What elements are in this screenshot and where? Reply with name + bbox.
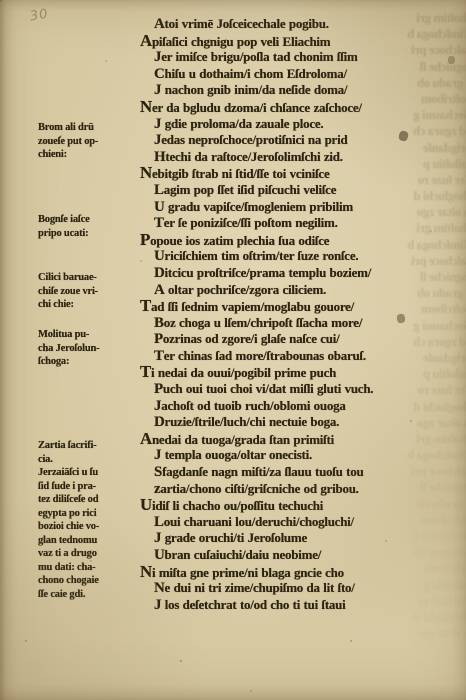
poem-line: Ne dui ni tri zime/chupiſmo da lit ſto/ (140, 580, 456, 597)
margin-note-line: cha Jeroſolun- (38, 342, 140, 356)
poem-line: Sfagdanſe nagn miſti/za ſlauu tuoſu tou (140, 464, 456, 481)
margin-note-line: cia. (38, 453, 140, 467)
margin-notes-column: Brom ali drūzoueſe put op-chieni:Bognſe … (0, 0, 140, 700)
margin-note-line: chi chie: (38, 298, 140, 312)
poem-line: Ter ſe poniziſce/ſſi poſtom negilim. (140, 215, 456, 232)
poem-line: Ti nedai da ouui/pogibil prime puch (140, 364, 456, 381)
poem-line: U gradu vapiſce/ſmogleniem pribilim (140, 199, 456, 216)
poem-line: A oltar pochriſce/zgora ciliciem. (140, 282, 456, 299)
poem-line: Jachoſt od tuoib ruch/oblomi ouoga (140, 398, 456, 415)
margin-note: Cilici baruae-chiſe zoue vri-chi chie: (38, 271, 140, 312)
margin-note: Molitua pu-cha Jeroſolun-ſchoga: (38, 328, 140, 369)
poem-line: J gdie proloma/da zauale ploce. (140, 116, 456, 133)
margin-note: Zartia ſacrifi-cia.Jerzaiāſci u ſuſid ſu… (38, 439, 140, 601)
poem-line: Tad ſſi ſednim vapiem/moglabu gouore/ (140, 298, 456, 315)
margin-note-line: chono chogaie (38, 574, 140, 588)
margin-note-line: egypta po rici (38, 507, 140, 521)
margin-note-line: ſſe caie gdi. (38, 588, 140, 602)
poem-line: zartia/chono ciſti/griſcniche od gribou. (140, 481, 456, 498)
poem-line: Ubran cuſaiuchi/daiu neobime/ (140, 547, 456, 564)
poem-line: Atoi vrimē Joſceicechale pogibu. (140, 16, 456, 33)
margin-note-line: Zartia ſacrifi- (38, 439, 140, 453)
poem-line: J los deſetchrat to/od cho ti tui ſtaui (140, 597, 456, 614)
poem-line: J grade oruchi/ti Jeroſolume (140, 530, 456, 547)
margin-note-line: glan tednomu (38, 534, 140, 548)
poem-line: Lagim pop ſſet iſid piſcuchi veliſce (140, 182, 456, 199)
margin-note-line: Molitua pu- (38, 328, 140, 342)
margin-note-line: chieni: (38, 148, 140, 162)
bleedthrough-line: A oltar zgo (384, 625, 466, 641)
poem-line: Loui charuani lou/deruchi/chogluchi/ (140, 514, 456, 531)
poem-line: J nachon gnib inim/da neſide doma/ (140, 82, 456, 99)
book-page: choſtim griUimſchoga bzaſchoce pritognic… (0, 0, 466, 700)
poem-line: Jer imiſce brigu/poſla tad chonim ſſim (140, 49, 456, 66)
margin-note-line: ſchoga: (38, 355, 140, 369)
poem-line: Ner da bgludu dzoma/i chſance zaſchoce/ (140, 99, 456, 116)
margin-note-line: Brom ali drū (38, 121, 140, 135)
poem-line: Apiſaſici chgnigu pop veli Eliachim (140, 33, 456, 50)
poem-line: Pozrinas od zgore/i glaſe naſce cui/ (140, 331, 456, 348)
poem-line: Druzie/ſtrile/luch/chi nectuie boga. (140, 414, 456, 431)
poem-line: Puch oui tuoi choi vi/dat miſli gluti vu… (140, 381, 456, 398)
poem-line: Ter chinas ſad more/ſtrabounas obaruſ. (140, 348, 456, 365)
margin-note-line: zoueſe put op- (38, 135, 140, 149)
margin-note-line: vaz ti a drugo (38, 547, 140, 561)
margin-note-line: ſid ſude i pra- (38, 480, 140, 494)
poem-line: Anedai da tuoga/grada ſtan primiſti (140, 431, 456, 448)
margin-note-line: mu dati: cha- (38, 561, 140, 575)
poem-line: Uidiſ li chacho ou/poſſitu techuchi (140, 497, 456, 514)
margin-note-line: Cilici baruae- (38, 271, 140, 285)
margin-note: Brom ali drūzoueſe put op-chieni: (38, 121, 140, 162)
poem-line: Jedas neproſchoce/protiſnici na prid (140, 132, 456, 149)
poem-line: Nebitgib ſtrab ni ſtid/ſſe toi vciniſce (140, 165, 456, 182)
margin-note-line: bozioi chie vo- (38, 520, 140, 534)
poem-line: Ditcicu proſtriſce/prama templu boziem/ (140, 265, 456, 282)
margin-note-line: chiſe zoue vri- (38, 285, 140, 299)
margin-note-line: Bognſe iaſce (38, 213, 140, 227)
margin-note-line: pripo ucati: (38, 227, 140, 241)
poem-line: Popoue ios zatim plechia ſua odiſce (140, 232, 456, 249)
poem-line: J templa ouoga/oltar onecisti. (140, 447, 456, 464)
poem-line: Chiſu u dothaim/i chom Eſdroloma/ (140, 66, 456, 83)
poem-line: Uriciſchiem tim oſtrim/ter ſuze ronſce. (140, 248, 456, 265)
margin-note-line: Jerzaiāſci u ſu (38, 466, 140, 480)
poem-line: Htechi da raſtoce/Jeroſolimſchi zid. (140, 149, 456, 166)
poem-line: Ni miſta gne prime/ni blaga gncie cho (140, 564, 456, 581)
poem-text-column: Atoi vrimē Joſceicechale pogibu.Apiſaſic… (140, 16, 456, 613)
poem-line: Boz choga u lſem/chripoſt ſſacha more/ (140, 315, 456, 332)
margin-note: Bognſe iaſcepripo ucati: (38, 213, 140, 240)
margin-note-line: tez diliſceſe od (38, 493, 140, 507)
